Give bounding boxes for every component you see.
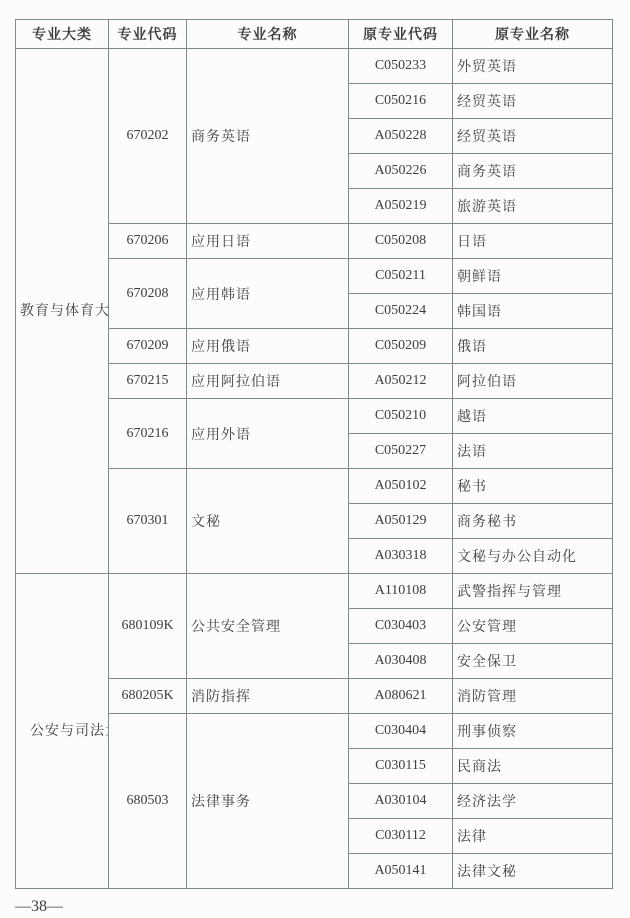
major-mapping-table: 专业大类 专业代码 专业名称 原专业代码 原专业名称 教育与体育大类670202… [15,19,613,889]
original-name-cell: 安全保卫 [453,644,613,679]
original-code-cell: A030104 [349,784,453,819]
original-code-cell: A050228 [349,119,453,154]
table-body: 教育与体育大类670202商务英语C050233外贸英语C050216经贸英语A… [16,49,613,889]
category-cell: 教育与体育大类 [16,49,109,574]
major-name-cell: 公共安全管理 [187,574,349,679]
header-original-code: 原专业代码 [349,20,453,49]
header-major-name: 专业名称 [187,20,349,49]
header-original-name: 原专业名称 [453,20,613,49]
major-name-cell: 文秘 [187,469,349,574]
original-name-cell: 文秘与办公自动化 [453,539,613,574]
major-code-cell: 680205K [109,679,187,714]
original-name-cell: 商务英语 [453,154,613,189]
original-code-cell: C050227 [349,434,453,469]
major-code-cell: 670202 [109,49,187,224]
original-name-cell: 消防管理 [453,679,613,714]
original-code-cell: A050212 [349,364,453,399]
original-name-cell: 朝鲜语 [453,259,613,294]
original-name-cell: 法律 [453,819,613,854]
major-code-cell: 670301 [109,469,187,574]
category-cell: 公安与司法大类 [16,574,109,889]
major-name-cell: 应用外语 [187,399,349,469]
original-code-cell: A050226 [349,154,453,189]
original-name-cell: 法语 [453,434,613,469]
major-code-cell: 680109K [109,574,187,679]
major-name-cell: 应用日语 [187,224,349,259]
major-code-cell: 670206 [109,224,187,259]
original-code-cell: A080621 [349,679,453,714]
major-name-cell: 法律事务 [187,714,349,889]
original-name-cell: 法律文秘 [453,854,613,889]
major-name-cell: 应用俄语 [187,329,349,364]
table-row: 公安与司法大类680109K公共安全管理A110108武警指挥与管理 [16,574,613,609]
original-code-cell: C050210 [349,399,453,434]
original-name-cell: 俄语 [453,329,613,364]
original-code-cell: A050129 [349,504,453,539]
original-name-cell: 公安管理 [453,609,613,644]
original-name-cell: 日语 [453,224,613,259]
major-name-cell: 应用韩语 [187,259,349,329]
original-code-cell: C050233 [349,49,453,84]
original-code-cell: C050216 [349,84,453,119]
original-code-cell: C050224 [349,294,453,329]
major-code-cell: 670208 [109,259,187,329]
original-code-cell: A030408 [349,644,453,679]
major-code-cell: 670209 [109,329,187,364]
major-name-cell: 应用阿拉伯语 [187,364,349,399]
original-name-cell: 外贸英语 [453,49,613,84]
page-number: —38— [15,898,63,916]
header-row: 专业大类 专业代码 专业名称 原专业代码 原专业名称 [16,20,613,49]
original-code-cell: C050208 [349,224,453,259]
major-code-cell: 670215 [109,364,187,399]
original-code-cell: C030404 [349,714,453,749]
major-name-cell: 商务英语 [187,49,349,224]
header-category: 专业大类 [16,20,109,49]
original-name-cell: 秘书 [453,469,613,504]
major-code-cell: 680503 [109,714,187,889]
original-code-cell: A050102 [349,469,453,504]
original-code-cell: A030318 [349,539,453,574]
original-name-cell: 阿拉伯语 [453,364,613,399]
original-code-cell: C030112 [349,819,453,854]
original-code-cell: C050209 [349,329,453,364]
original-name-cell: 经贸英语 [453,119,613,154]
original-name-cell: 越语 [453,399,613,434]
table-row: 教育与体育大类670202商务英语C050233外贸英语 [16,49,613,84]
original-name-cell: 经贸英语 [453,84,613,119]
original-name-cell: 武警指挥与管理 [453,574,613,609]
original-name-cell: 刑事侦察 [453,714,613,749]
major-name-cell: 消防指挥 [187,679,349,714]
original-code-cell: C050211 [349,259,453,294]
original-code-cell: A050141 [349,854,453,889]
original-code-cell: C030403 [349,609,453,644]
original-name-cell: 旅游英语 [453,189,613,224]
original-code-cell: C030115 [349,749,453,784]
original-name-cell: 经济法学 [453,784,613,819]
header-major-code: 专业代码 [109,20,187,49]
original-code-cell: A110108 [349,574,453,609]
original-name-cell: 民商法 [453,749,613,784]
major-code-cell: 670216 [109,399,187,469]
original-name-cell: 韩国语 [453,294,613,329]
original-name-cell: 商务秘书 [453,504,613,539]
original-code-cell: A050219 [349,189,453,224]
